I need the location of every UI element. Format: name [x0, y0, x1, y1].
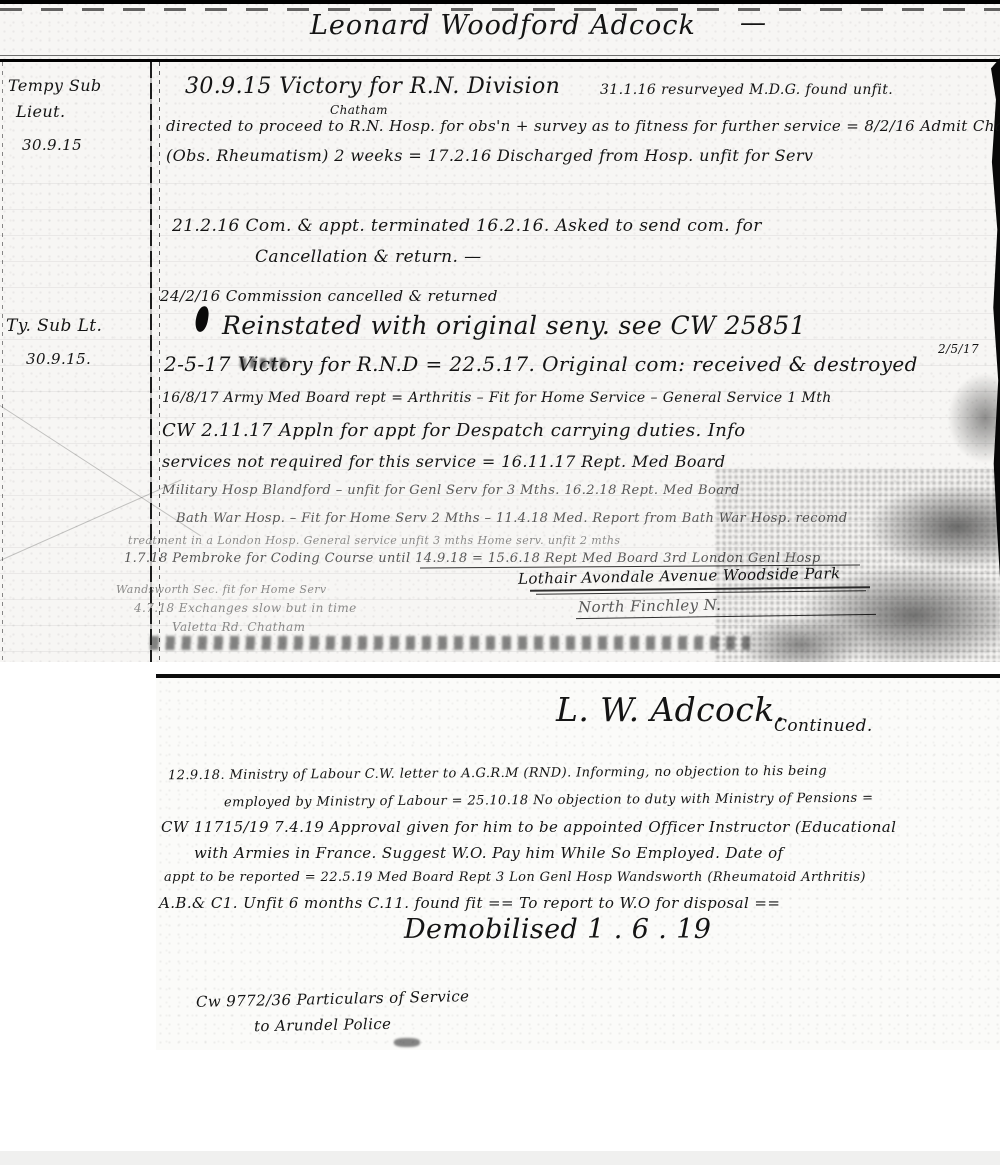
record-line: 4.7.18 Exchanges slow but in time	[134, 601, 357, 615]
continuation-title: L. W. Adcock.	[556, 690, 786, 729]
rank-date: 30.9.15.	[26, 350, 91, 368]
scan-top-edge	[0, 0, 1000, 4]
interline-insert: 2/5/17	[938, 342, 979, 356]
record-line: employed by Ministry of Labour = 25.10.1…	[224, 791, 873, 811]
header-rule-thin	[0, 55, 1000, 56]
demobilised-note: Demobilised 1 . 6 . 19	[404, 914, 711, 945]
record-line: Cw 9772/36 Particulars of Service	[196, 987, 470, 1011]
address-line: Lothair Avondale Avenue Woodside Park	[518, 564, 841, 588]
continuation-label: Continued.	[774, 716, 873, 736]
paper-crease	[0, 479, 182, 561]
record-line: Military Hosp Blandford – unfit for Genl…	[162, 483, 740, 498]
record-line: CW 11715/19 7.4.19 Approval given for hi…	[161, 818, 896, 836]
record-line: Cancellation & return. —	[255, 247, 482, 267]
rank-date: 30.9.15	[22, 136, 82, 154]
scan-bottom-margin	[0, 1151, 1000, 1165]
record-line: to Arundel Police	[254, 1015, 392, 1035]
record-line: 31.1.16 resurveyed M.D.G. found unfit.	[600, 82, 893, 98]
record-line: 24/2/16 Commission cancelled & returned	[160, 287, 498, 305]
scan-noise-patch	[925, 348, 1000, 488]
record-line: A.B.& C1. Unfit 6 months C.11. found fit…	[159, 894, 780, 912]
address-line: North Finchley N.	[578, 596, 722, 616]
record-line: 16/8/17 Army Med Board rept = Arthritis …	[162, 390, 832, 406]
record-line: appt to be reported = 22.5.19 Med Board …	[164, 870, 866, 885]
record-line-reinstated: Reinstated with original seny. see CW 25…	[222, 311, 806, 340]
rank-column-divider	[150, 62, 152, 662]
address-line: Valetta Rd. Chatham	[172, 620, 305, 634]
scan-left-edge	[2, 62, 3, 662]
record-line: Bath War Hosp. – Fit for Home Serv 2 Mth…	[176, 511, 848, 526]
rank-entry: Ty. Sub Lt.	[6, 316, 102, 336]
record-line: 1.7.18 Pembroke for Coding Course until …	[124, 551, 821, 566]
record-line: 21.2.16 Com. & appt. terminated 16.2.16.…	[172, 216, 762, 236]
record-line: CW 2.11.17 Appln for appt for Despatch c…	[162, 420, 746, 441]
pen-stroke	[394, 1038, 420, 1047]
rank-column-divider-dotted	[159, 62, 160, 662]
record-line: Wandsworth Sec. fit for Home Serv	[116, 583, 327, 596]
scan-right-edge	[991, 58, 1000, 578]
page-title-dash: —	[740, 8, 766, 38]
record-line: 12.9.18. Ministry of Labour C.W. letter …	[168, 764, 827, 784]
illegible-line-smudge	[150, 636, 750, 650]
record-line: with Armies in France. Suggest W.O. Pay …	[194, 844, 783, 862]
scan-page-2: L. W. Adcock. Continued. 12.9.18. Minist…	[156, 674, 1000, 1050]
record-line: 30.9.15 Victory for R.N. Division	[185, 74, 560, 99]
interline-insert: Chatham	[330, 103, 388, 117]
record-line: directed to proceed to R.N. Hosp. for ob…	[166, 117, 1000, 135]
rank-entry: Tempy Sub	[8, 76, 102, 95]
record-line: (Obs. Rheumatism) 2 weeks = 17.2.16 Disc…	[166, 146, 813, 165]
record-line: services not required for this service =…	[162, 452, 726, 471]
scan-page-1: Leonard Woodford Adcock — Tempy Sub Lieu…	[0, 0, 1000, 662]
record-line: treatment in a London Hosp. General serv…	[128, 534, 620, 547]
ink-blob	[194, 305, 210, 332]
rank-entry: Lieut.	[16, 102, 65, 121]
page-title: Leonard Woodford Adcock	[310, 10, 696, 41]
record-line: 2-5-17 Victory for R.N.D = 22.5.17. Orig…	[164, 352, 918, 376]
